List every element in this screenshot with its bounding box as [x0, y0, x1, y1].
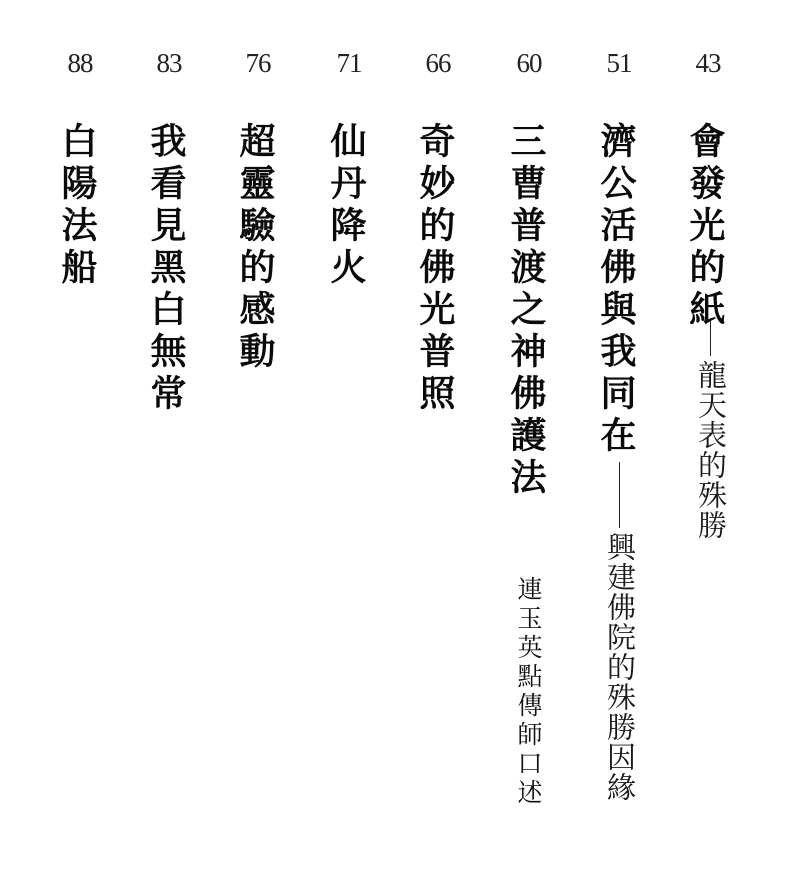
- toc-entry[interactable]: 88 白陽法船: [35, 0, 125, 884]
- toc-entry[interactable]: 83 我看見黑白無常: [124, 0, 214, 884]
- entry-title: 白陽法船: [59, 122, 95, 290]
- entry-title: 奇妙的佛光普照: [417, 122, 453, 416]
- page-number: 60: [484, 48, 574, 79]
- entry-narrator: 連玉英點傳師口述: [516, 576, 541, 808]
- entry-title: 超靈驗的感動: [237, 122, 273, 374]
- entry-title: 濟公活佛與我同在: [598, 122, 634, 458]
- toc-entry[interactable]: 71 仙丹降火: [304, 0, 394, 884]
- toc-entry[interactable]: 66 奇妙的佛光普照: [393, 0, 483, 884]
- entry-title: 會發光的紙: [687, 122, 723, 332]
- page-number: 43: [663, 48, 753, 79]
- em-dash-divider: [619, 462, 620, 528]
- page-number: 76: [213, 48, 303, 79]
- page-number: 66: [393, 48, 483, 79]
- toc-entry[interactable]: 43 會發光的紙 龍天表的殊勝: [663, 0, 753, 884]
- toc-entry[interactable]: 76 超靈驗的感動: [213, 0, 303, 884]
- entry-title: 仙丹降火: [328, 122, 364, 290]
- table-of-contents-page: 43 會發光的紙 龍天表的殊勝 51 濟公活佛與我同在 興建佛院的殊勝因緣 60…: [0, 0, 800, 884]
- entry-title: 三曹普渡之神佛護法: [508, 122, 544, 500]
- toc-entry[interactable]: 51 濟公活佛與我同在 興建佛院的殊勝因緣: [574, 0, 664, 884]
- page-number: 88: [35, 48, 125, 79]
- page-number: 51: [574, 48, 664, 79]
- page-number: 83: [124, 48, 214, 79]
- em-dash-divider: [710, 318, 711, 356]
- toc-entry[interactable]: 60 三曹普渡之神佛護法 連玉英點傳師口述: [484, 0, 574, 884]
- entry-subtitle: 龍天表的殊勝: [696, 360, 725, 540]
- entry-title: 我看見黑白無常: [148, 122, 184, 416]
- page-number: 71: [304, 48, 394, 79]
- entry-subtitle: 興建佛院的殊勝因緣: [605, 532, 634, 802]
